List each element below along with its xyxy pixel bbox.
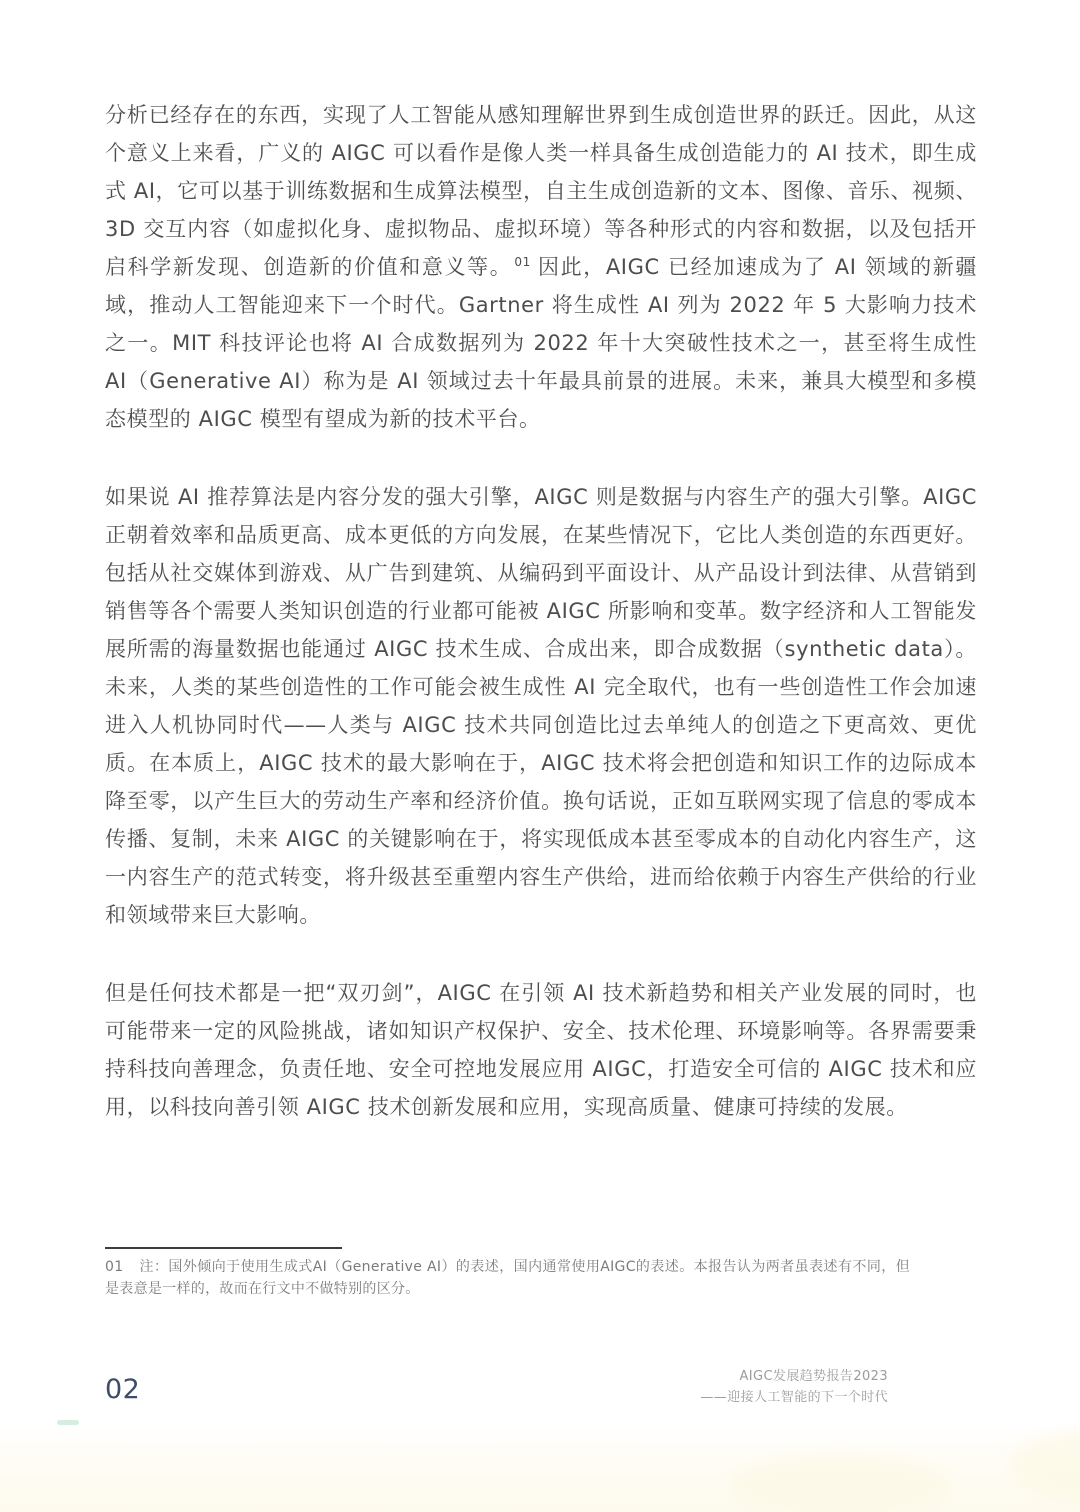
bottom-page-tint bbox=[0, 1424, 1080, 1512]
footnote-text: 注：国外倾向于使用生成式AI（Generative AI）的表述，国内通常使用A… bbox=[105, 1259, 910, 1297]
body-paragraph-2: 如果说 AI 推荐算法是内容分发的强大引擎，AIGC 则是数据与内容生产的强大引… bbox=[105, 478, 977, 934]
footnote: 01注：国外倾向于使用生成式AI（Generative AI）的表述，国内通常使… bbox=[105, 1256, 910, 1300]
footer-report-info: AIGC发展趋势报告2023 ——迎接人工智能的下一个时代 bbox=[700, 1366, 888, 1408]
paragraph-1-continuation: 因此，AIGC 已经加速成为了 AI 领域的新疆域，推动人工智能迎来下一个时代。… bbox=[105, 255, 977, 431]
footnote-reference-marker[interactable]: 01 bbox=[514, 255, 530, 269]
body-paragraph-3: 但是任何技术都是一把“双刃剑”，AIGC 在引领 AI 技术新趋势和相关产业发展… bbox=[105, 974, 977, 1126]
footnote-divider bbox=[105, 1247, 342, 1249]
watermark-blob bbox=[730, 1455, 950, 1512]
footnote-marker: 01 bbox=[105, 1256, 123, 1278]
body-paragraph-1: 分析已经存在的东西，实现了人工智能从感知理解世界到生成创造世界的跃迁。因此，从这… bbox=[105, 96, 977, 438]
paragraph-1-text: 分析已经存在的东西，实现了人工智能从感知理解世界到生成创造世界的跃迁。因此，从这… bbox=[105, 103, 977, 279]
watermark-blob bbox=[1010, 1430, 1080, 1500]
page-number: 02 bbox=[105, 1374, 140, 1405]
scan-artifact bbox=[57, 1420, 79, 1425]
page-content: 分析已经存在的东西，实现了人工智能从感知理解世界到生成创造世界的跃迁。因此，从这… bbox=[105, 96, 977, 1166]
footer-report-subtitle: ——迎接人工智能的下一个时代 bbox=[700, 1387, 888, 1408]
footer-report-title: AIGC发展趋势报告2023 bbox=[700, 1366, 888, 1387]
document-page: 分析已经存在的东西，实现了人工智能从感知理解世界到生成创造世界的跃迁。因此，从这… bbox=[0, 0, 1080, 1512]
